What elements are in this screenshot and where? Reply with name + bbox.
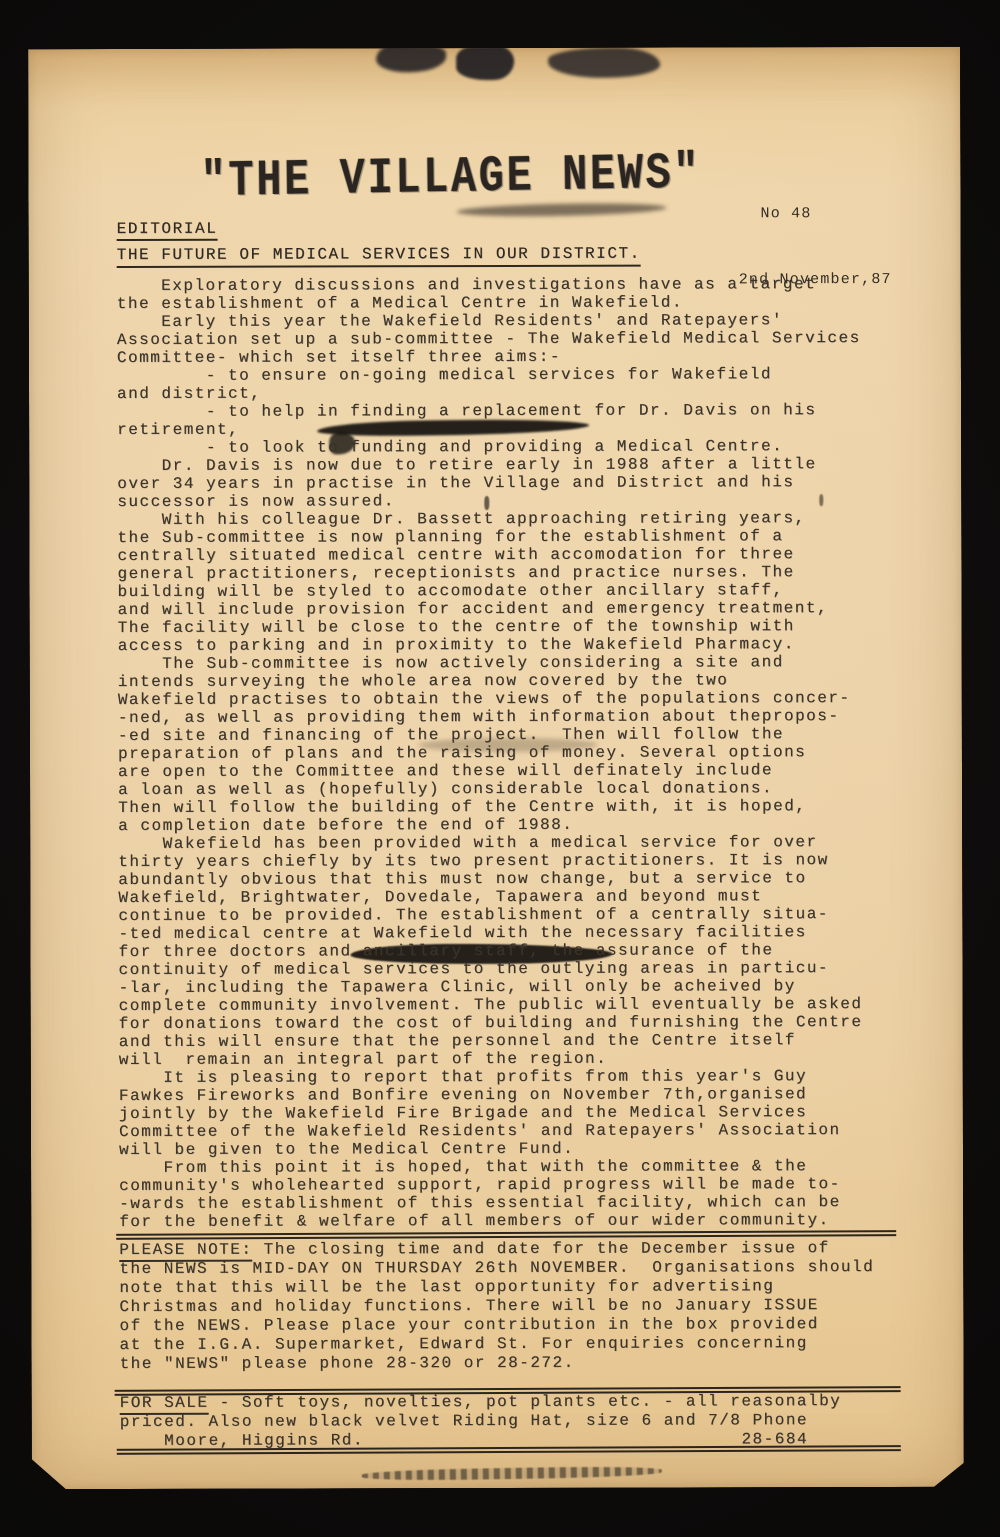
ink-smudge (456, 44, 514, 80)
body-line: and this will ensure that the personnel … (119, 1031, 863, 1051)
body-line: retirement, (117, 419, 861, 439)
scan-canvas: { "header": { "masthead": "\"THE VILLAGE… (0, 0, 1000, 1537)
for-sale-intro: - Soft toys, novelties, pot plants etc. … (208, 1392, 841, 1412)
body-line: jointly by the Wakefield Fire Brigade an… (119, 1103, 863, 1123)
notice-first-line: FOR SALE - Soft toys, novelties, pot pla… (120, 1392, 842, 1413)
body-line: are open to the Committee and these will… (118, 761, 862, 781)
body-line: for donations toward the cost of buildin… (119, 1013, 863, 1033)
body-line: -ned, as well as providing them with inf… (118, 707, 862, 727)
notice-line: note that this will be the last opportun… (119, 1277, 874, 1298)
body-line: successor is now assured. (117, 491, 861, 511)
body-line: thirty years chiefly by its two present … (118, 851, 862, 871)
masthead-title: "THE VILLAGE NEWS" (200, 144, 701, 211)
newsletter-page: "THE VILLAGE NEWS" No 48 2nd November,87… (28, 47, 964, 1489)
body-line: From this point it is hoped, that with t… (119, 1157, 863, 1177)
notice-line: priced. Also new black velvet Riding Hat… (120, 1411, 842, 1432)
please-note-intro: The closing time and date for the Decemb… (252, 1239, 829, 1259)
body-line: and district, (117, 383, 861, 403)
body-line: building will be styled to accomodate ot… (118, 581, 862, 601)
body-line: centrally situated medical centre with a… (117, 545, 861, 565)
body-line: preparation of plans and the raising of … (118, 743, 862, 763)
body-line: over 34 years in practise in the Village… (117, 473, 861, 493)
body-line: Then will follow the building of the Cen… (118, 797, 862, 817)
body-line: will be given to the Medical Centre Fund… (119, 1139, 863, 1159)
ink-smudge (548, 48, 660, 78)
body-line: Wakefield, Brightwater, Dovedale, Tapawe… (118, 887, 862, 907)
body-line: Wakefield practises to obtain the views … (118, 689, 862, 709)
body-line: the establishment of a Medical Centre in… (117, 293, 861, 313)
body-line: The facility will be close to the centre… (118, 617, 862, 637)
body-line: Committee of the Wakefield Residents' an… (119, 1121, 863, 1141)
body-line: -wards the establishment of this essenti… (119, 1193, 863, 1213)
body-line: for three doctors and ancillary staff, t… (118, 941, 862, 961)
body-line: continue to be provided. The establishme… (118, 905, 862, 925)
please-note-lines: the NEWS is MID-DAY ON THURSDAY 26th NOV… (119, 1258, 874, 1374)
body-line: With his colleague Dr. Bassett approachi… (117, 509, 861, 529)
body-line: will remain an integral part of the regi… (119, 1049, 863, 1069)
body-line: Dr. Davis is now due to retire early in … (117, 455, 861, 475)
body-line: Wakefield has been provided with a medic… (118, 833, 862, 853)
notice-line: the NEWS is MID-DAY ON THURSDAY 26th NOV… (119, 1258, 874, 1279)
body-line: Fawkes Fireworks and Bonfire evening on … (119, 1085, 863, 1105)
notice-first-line: PLEASE NOTE: The closing time and date f… (119, 1239, 874, 1260)
body-line: Early this year the Wakefield Residents'… (117, 311, 861, 331)
editorial-body: Exploratory discussions and investigatio… (117, 275, 863, 1231)
body-line: -ed site and financing of the project. T… (118, 725, 862, 745)
body-line: a completion date before the end of 1988… (118, 815, 862, 835)
notice-line: Christmas and holiday functions. There w… (119, 1296, 874, 1317)
body-line: complete community involvement. The publ… (119, 995, 863, 1015)
editorial-label: EDITORIAL (117, 220, 218, 241)
ink-smudge (376, 42, 446, 72)
body-line: - to look to funding and providing a Med… (117, 437, 861, 457)
body-line: general practitioners, receptionists and… (117, 563, 861, 583)
body-line: community's wholehearted support, rapid … (119, 1175, 863, 1195)
body-line: access to parking and in proximity to th… (118, 635, 862, 655)
body-line: a loan as well as (hopefully) considerab… (118, 779, 862, 799)
body-line: Committee- which set itself three aims:- (117, 347, 861, 367)
notice-line: of the NEWS. Please place your contribut… (119, 1315, 874, 1336)
body-line: - to ensure on-going medical services fo… (117, 365, 861, 385)
body-line: intends surveying the whole area now cov… (118, 671, 862, 691)
body-line: Association set up a sub-committee - The… (117, 329, 861, 349)
body-line: abundantly obvious that this must now ch… (118, 869, 862, 889)
body-line: The Sub-committee is now actively consid… (118, 653, 862, 673)
editorial-headline: THE FUTURE OF MEDICAL SERVICES IN OUR DI… (117, 245, 641, 268)
body-line: and will include provision for accident … (118, 599, 862, 619)
body-line: It is pleasing to report that profits fr… (119, 1067, 863, 1087)
notice-line: at the I.G.A. Supermarket, Edward St. Fo… (119, 1334, 874, 1355)
body-line: continuity of medical services to the ou… (119, 959, 863, 979)
ink-smudge (362, 1465, 662, 1481)
body-line: -lar, including the Tapawera Clinic, wil… (119, 977, 863, 997)
notice-line: the "NEWS" please phone 28-320 or 28-272… (120, 1353, 875, 1374)
body-line: Exploratory discussions and investigatio… (117, 275, 861, 295)
body-line: for the benefit & welfare of all members… (119, 1211, 863, 1231)
please-note-notice: PLEASE NOTE: The closing time and date f… (119, 1239, 874, 1374)
body-line: the Sub-committee is now planning for th… (117, 527, 861, 547)
issue-number: No 48 (739, 203, 892, 225)
body-line: - to help in finding a replacement for D… (117, 401, 861, 421)
body-line: -ted medical centre at Wakefield with th… (118, 923, 862, 943)
for-sale-notice: FOR SALE - Soft toys, novelties, pot pla… (120, 1392, 842, 1451)
